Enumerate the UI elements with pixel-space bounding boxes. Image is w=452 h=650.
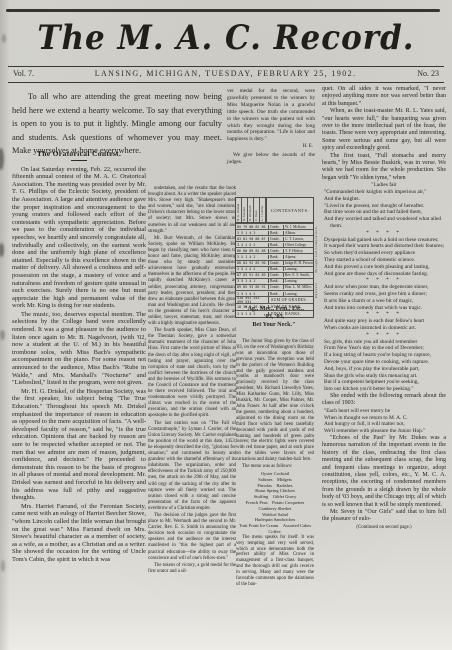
- table-row-rank: 3 5 1 4 2 Rank. Lansing.: [236, 278, 313, 284]
- table-row-rank: 3 4 1 5 2 Rank. Olivet College.: [236, 241, 313, 247]
- score-cell: 89 85 93 86 91: [236, 285, 269, 289]
- article-paragraph: The menu speaks for itself. It was very …: [236, 535, 314, 588]
- judge-place: Lansing.: [284, 292, 313, 296]
- article-paragraph: Mrs. Harriet Farrand, of the Feronian So…: [12, 503, 146, 564]
- column3-line: * * * *: [322, 230, 446, 237]
- column3-line: Mr. Sevey in "Our Girls" said that to hi…: [322, 509, 446, 524]
- column3-line: And this proved a cure both pleasing and…: [322, 264, 446, 271]
- grade-label: Grade.: [269, 249, 284, 253]
- column3-line: She ended with the following remark abou…: [322, 393, 446, 408]
- score-cell: 86 80 89 82 88: [236, 249, 269, 253]
- article-paragraph: The tokens of victory, a gold medal for …: [148, 563, 236, 575]
- column-1: The Oratorical Contest. On last Saturday…: [12, 150, 146, 564]
- welcome-paragraph: To all who are attending the great meeti…: [12, 90, 222, 158]
- column3-line: Devote your spare time to cooking, with …: [322, 359, 446, 366]
- column3-line: And they worried and talked and wondered…: [322, 216, 446, 230]
- score-cell: 3 5 1 4 2: [236, 292, 269, 296]
- grade-label: Grade.: [269, 261, 284, 265]
- judge-name: Rev. E. S. Smith,: [284, 273, 313, 277]
- judge-place: Lansing.: [284, 267, 313, 271]
- judge-name: Hon. L. M. Miller,: [284, 285, 313, 289]
- dateline-divider: [8, 82, 444, 83]
- rank-label: Rank.: [269, 279, 284, 283]
- rank-label: Rank.: [269, 267, 284, 271]
- grade-label: Grade.: [269, 237, 284, 241]
- dateline-row: Vol. 7. LANSING, MICHIGAN, TUESDAY, FEBR…: [0, 69, 452, 78]
- column3-line: When, as the toast-master Mr. R. L. Yate…: [322, 108, 446, 152]
- table-row-grade: 87 83 91 84 89 Grade. Rev. E. S. Smith,: [236, 272, 313, 278]
- column3-line: But time wore on and the art had failed …: [322, 209, 446, 216]
- table-row-grade: 89 85 93 86 91 Grade. Hon. L. M. Miller,: [236, 284, 313, 290]
- scan-artifact: [1, 560, 5, 572]
- column3-line: (Continued on second page.): [322, 524, 446, 531]
- article-heading: The Oratorical Contest.: [12, 150, 146, 158]
- column3-line: And hungry or full, it will matter not,: [322, 421, 446, 428]
- judge-place: Lansing.: [284, 279, 313, 283]
- column3-line: We'll remember with pleasure the Junior …: [322, 428, 446, 435]
- article-paragraph: On last Saturday evening, Feb. 22, occur…: [12, 166, 146, 310]
- heading-line: Bet Your Neck.": [232, 321, 316, 329]
- masthead-divider: [8, 66, 444, 67]
- column3-line: quet. On all sides it was remarked, "I n…: [322, 86, 446, 108]
- table-row-grade: 86 80 89 82 88 Grade. T. F. Hickey,: [236, 247, 313, 253]
- judge-name: W. J. McKone,: [284, 225, 313, 229]
- judge-name: Judge R. H. Person,: [284, 261, 313, 265]
- article-tail-column: ver medal for the second, were gracefull…: [227, 88, 315, 166]
- judge-place: Albion.: [284, 231, 313, 235]
- column3-line: "Commanded their knights with imperious …: [322, 189, 446, 196]
- article-paragraph: The decision of the judges gave the firs…: [148, 513, 236, 562]
- grade-label: Grade.: [269, 273, 284, 277]
- table-row-grade: 85 79 88 82 86 Grade. W. J. McKone,: [236, 223, 313, 229]
- score-cell: 3 5 1 4 2: [236, 255, 269, 259]
- column-3: quet. On all sides it was remarked, "I n…: [322, 86, 446, 531]
- group-label-delivery: Delivery.: [314, 276, 318, 304]
- table-row-rank: 3 5 1 4 2 Rank. Alpena.: [236, 253, 313, 259]
- heading-line: "Ag., Mec., Fem., Etc.,: [232, 305, 316, 313]
- scan-artifact: [0, 243, 4, 257]
- junior-hop-heading: "Ag., Mec., Fem., Etc.,'03, '03,Bet Your…: [232, 305, 316, 329]
- score-cell: 87 83 91 84 89: [236, 273, 269, 277]
- group-label-thought-composition: Thought and Composition.: [314, 224, 318, 274]
- judge-place: Alpena.: [284, 255, 313, 259]
- rank-label: Rank.: [269, 243, 284, 247]
- grade-label: Grade.: [269, 225, 284, 229]
- grade-label: Grade.: [269, 285, 284, 289]
- contestant-name-rotated: L. J. Carrier: [260, 198, 266, 222]
- judge-place: Olivet College.: [284, 243, 313, 247]
- table-row-rank: 3 5 1 4 2 Rank. Lansing.: [236, 266, 313, 272]
- rank-label: Rank.: [269, 292, 284, 296]
- awards-table: H. G. DriskelH. FarrandB. WermuthC. Dean…: [235, 197, 314, 318]
- column3-line: "Echoes of the Past" by Mr. Dukes was a …: [322, 435, 446, 509]
- column3-line: It acts like a charm or a wee bit of mag…: [322, 298, 446, 305]
- article-paragraph: The last oration was on "The Fall of Con…: [148, 421, 236, 512]
- author-initials: H. E.: [227, 144, 313, 151]
- article-paragraph: The music, too, deserves especial mentio…: [12, 311, 146, 387]
- score-cell: 83 81 90 80 87: [236, 237, 269, 241]
- scan-artifact: [0, 330, 5, 340]
- column3-line: Seems cranky and cross, just give him a …: [322, 291, 446, 298]
- rank-label: Rank.: [269, 255, 284, 259]
- column3-line: But if a competent helpmeet you're seeki…: [322, 379, 446, 386]
- newspaper-page: The M. A. C. Record. Vol. 7. LANSING, MI…: [0, 0, 452, 650]
- scan-artifact: [2, 34, 6, 43]
- article-paragraph: Mr. H. G. Driskel, of the Hesperian Soci…: [12, 388, 146, 502]
- score-cell: 88 84 92 85 90: [236, 261, 269, 265]
- volume-label: Vol. 7.: [13, 69, 34, 78]
- table-row-rank: 3 5 1 4 2 Rank. Albion.: [236, 229, 313, 235]
- column3-line: It warped their warm hearts and distorte…: [322, 243, 446, 250]
- score-cell: 3 4 1 5 2: [236, 243, 269, 247]
- page-top-rule: [6, 9, 440, 12]
- column3-line: Into our kitchen you'd better be peeking…: [322, 386, 446, 393]
- footer-label: SUM OF GRADES.: [269, 298, 313, 302]
- column3-line: When cooks are instructed in domestic ar…: [322, 325, 446, 332]
- score-cell: 3 5 1 4 2: [236, 231, 269, 235]
- judge-name: T. F. Hickey,: [284, 249, 313, 253]
- table-row-rank: 3 5 1 4 2 Rank. Lansing.: [236, 290, 313, 296]
- rank-label: Rank.: [269, 231, 284, 235]
- column3-line: And the knights.: [322, 196, 446, 203]
- score-cell: 85 79 88 82 86: [236, 225, 269, 229]
- article-paragraph: ver medal for the second, were gracefull…: [227, 88, 315, 143]
- menu-intro: The menu was as follows:: [236, 464, 314, 470]
- scan-artifact: [0, 148, 4, 170]
- dateline: LANSING, MICHIGAN, TUESDAY, FEBRUARY 25,…: [95, 69, 357, 78]
- column3-line: "Each heart will ever merry be: [322, 408, 446, 415]
- column3-line: And gone are those days of disconsolate …: [322, 271, 446, 278]
- score-cell: 3 5 1 4 2: [236, 279, 269, 283]
- column3-line: And now when poor man, the degenerate si…: [322, 284, 446, 291]
- table-footer-row: 518 492 543 499 531 SUM OF GRADES.: [236, 296, 313, 303]
- heading-line: '03, '03,: [232, 313, 316, 321]
- score-cell: 3 5 1 4 2: [236, 267, 269, 271]
- score-cell: 518 492 543 499 531: [236, 296, 269, 303]
- contestants-header: CONTESTANTS.: [267, 198, 313, 222]
- column3-line: And, boys, if you play the invulnerable …: [322, 366, 446, 373]
- heading-dash: [71, 160, 87, 161]
- masthead-title: The M. A. C. Record.: [0, 19, 452, 58]
- issue-label: No. 23: [417, 69, 439, 78]
- table-body: 85 79 88 82 86 Grade. W. J. McKone, 3 5 …: [236, 223, 313, 296]
- contestant-names: H. G. DriskelH. FarrandB. WermuthC. Dean…: [236, 198, 267, 222]
- table-row-grade: 88 84 92 85 90 Grade. Judge R. H. Person…: [236, 260, 313, 266]
- column3-line: The first toast, "Full stomachs and merr…: [322, 153, 446, 183]
- judge-name: C. T. Larson,: [284, 237, 313, 241]
- article-paragraph: Mr. Burt Wermuth, of the Columbian Socie…: [148, 236, 236, 327]
- table-row-grade: 83 81 90 80 87 Grade. C. T. Larson,: [236, 235, 313, 241]
- column3-line: * * * *: [322, 277, 446, 284]
- column3-line: And quite easy prey is each dear fellow'…: [322, 318, 446, 325]
- menu-line: French Peas Potato Croquettes: [236, 500, 314, 506]
- column3-line: They started a school of domestic scienc…: [322, 257, 446, 264]
- table-header-row: H. G. DriskelH. FarrandB. WermuthC. Dean…: [236, 198, 313, 223]
- column3-line: And turns into comedy that which was tra…: [322, 305, 446, 312]
- column-2-article: undertaken, and the results that the boo…: [148, 186, 236, 576]
- table-intro: We give below the awards of the judges.: [227, 152, 315, 166]
- junior-hop-article: The Junior Hop given by the class of '03…: [236, 339, 314, 589]
- article-paragraph: The fourth speaker, Miss Clare Dean, of …: [148, 328, 236, 419]
- menu-list: Oyster CocktailSaltines MidgetsPimolas R…: [236, 471, 314, 535]
- article-paragraph: The Junior Hop given by the class of '03…: [236, 339, 314, 463]
- column3-line: "Ladies fair: [322, 182, 446, 189]
- column3-line: If a long string of hearts you're hoping…: [322, 352, 446, 359]
- column3-line: * * * *: [322, 332, 446, 339]
- article-paragraph: undertaken, and the results that the boo…: [148, 186, 236, 235]
